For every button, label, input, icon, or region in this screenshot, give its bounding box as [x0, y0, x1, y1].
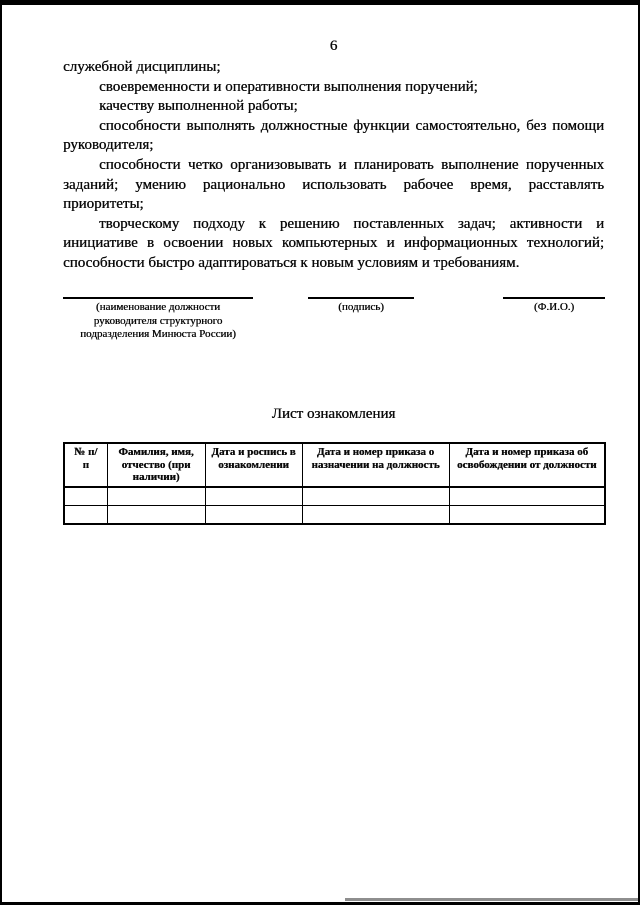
body-paragraph: качеству выполненной работы;: [63, 97, 604, 117]
table-cell: [302, 506, 449, 525]
table-cell: [302, 487, 449, 506]
body-text: служебной дисциплины; своевременности и …: [63, 58, 604, 274]
body-paragraph: способности четко организовывать и плани…: [63, 156, 604, 215]
table-header-cell: Дата и номер приказа о назначении на дол…: [302, 443, 449, 487]
signature-line: [308, 297, 414, 299]
familiarization-title: Лист ознакомления: [63, 406, 604, 423]
table-cell: [64, 506, 107, 525]
page-number: 6: [63, 38, 604, 55]
body-paragraph: творческому подходу к решению поставленн…: [63, 215, 604, 274]
signature-field-name: (Ф.И.О.): [503, 297, 605, 315]
signature-line: [63, 297, 253, 299]
signature-caption: (подпись): [308, 301, 414, 315]
table-cell: [64, 487, 107, 506]
table-row: [64, 487, 605, 506]
table-cell: [449, 487, 605, 506]
signature-field-sign: (подпись): [308, 297, 414, 315]
body-paragraph: способности выполнять должностные функци…: [63, 117, 604, 156]
table-header-cell: Фамилия, имя, отчество (при наличии): [107, 443, 205, 487]
body-paragraph: служебной дисциплины;: [63, 58, 604, 78]
signature-caption: (наименование должности руководителя стр…: [68, 301, 248, 342]
table-header-cell: Дата и роспись в ознакомлении: [205, 443, 302, 487]
signature-line: [503, 297, 605, 299]
table-cell: [449, 506, 605, 525]
table-header-cell: Дата и номер приказа об освобождении от …: [449, 443, 605, 487]
table-header-cell: № п/п: [64, 443, 107, 487]
table-cell: [205, 506, 302, 525]
table-cell: [107, 487, 205, 506]
signature-field-position: (наименование должности руководителя стр…: [63, 297, 253, 342]
document-page: 6 служебной дисциплины; своевременности …: [63, 0, 604, 905]
table-header-row: № п/п Фамилия, имя, отчество (при наличи…: [64, 443, 605, 487]
table-row: [64, 506, 605, 525]
body-paragraph: своевременности и оперативности выполнен…: [63, 78, 604, 98]
table-header-label: № п/п: [74, 446, 98, 471]
table-cell: [205, 487, 302, 506]
table-cell: [107, 506, 205, 525]
signature-caption: (Ф.И.О.): [503, 301, 605, 315]
page-border-left: [0, 0, 2, 905]
familiarization-table: № п/п Фамилия, имя, отчество (при наличи…: [63, 442, 606, 525]
